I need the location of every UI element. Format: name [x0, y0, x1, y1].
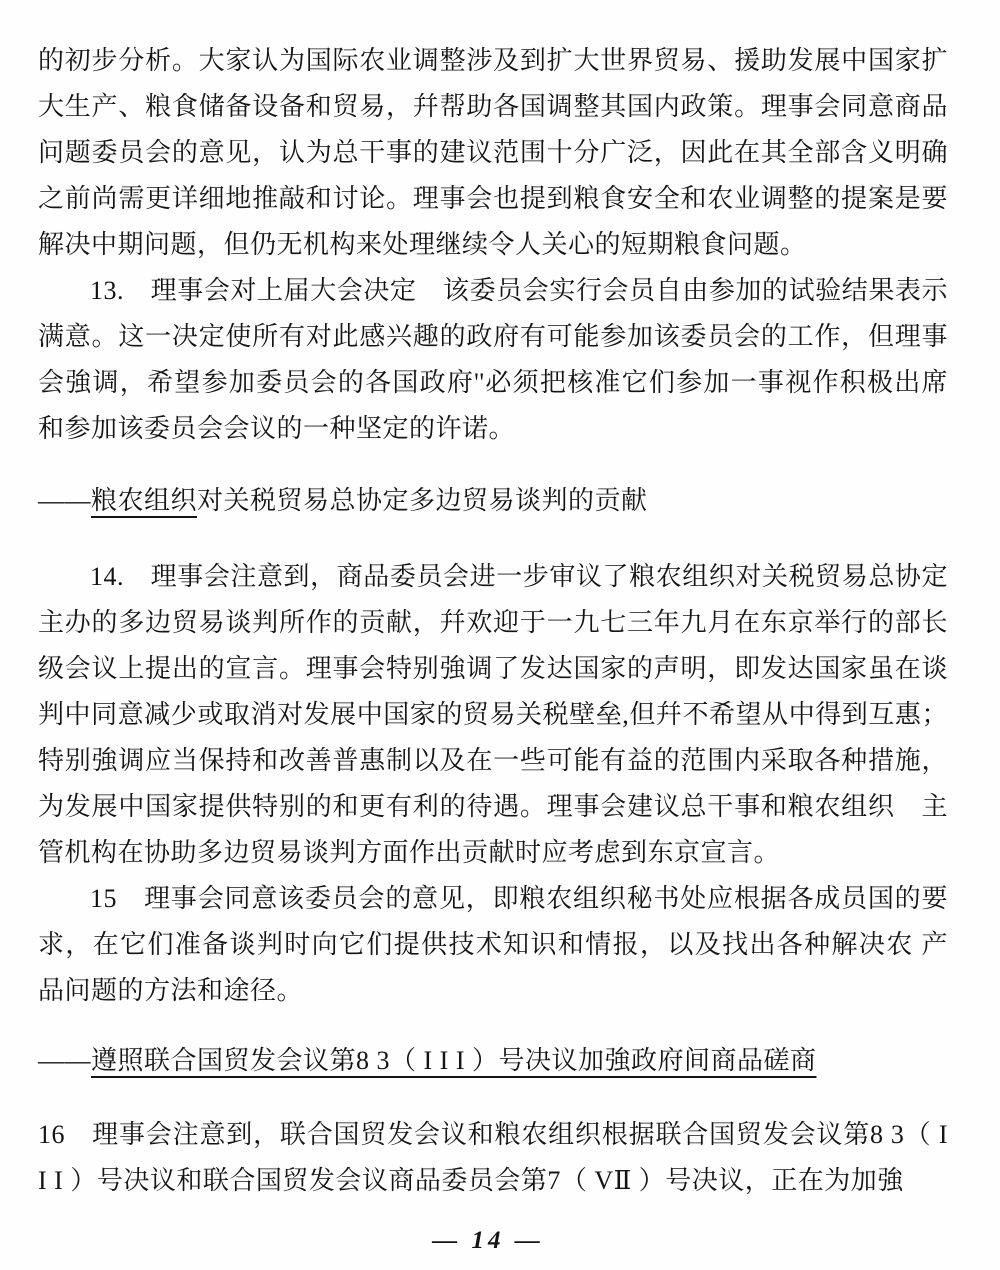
heading-dash-prefix: —— — [38, 1046, 91, 1075]
paragraph-12-continuation: 的初步分析。大家认为国际农业调整涉及到扩大世界贸易、援助发展中国家扩大生产、粮食… — [38, 38, 948, 268]
page-number: — 14 — — [38, 1218, 948, 1264]
heading-underlined-text: 遵照联合国贸发会议第8 3（ I I I ）号决议加強政府间商品磋商 — [91, 1046, 816, 1075]
heading-rest-text: 对关税贸易总协定多边贸易谈判的贡献 — [197, 486, 648, 515]
section-heading-gatt-contribution: ——粮农组织对关税贸易总协定多边贸易谈判的贡献 — [38, 478, 948, 524]
section-heading-unctad-resolution: ——遵照联合国贸发会议第8 3（ I I I ）号决议加強政府间商品磋商 — [38, 1038, 948, 1084]
paragraph-15: 15 理事会同意该委员会的意见，即粮农组织秘书处应根据各成员国的要求，在它们准备… — [38, 876, 948, 1014]
paragraph-16: 16 理事会注意到，联合国贸发会议和粮农组织根据联合国贸发会议第8 3（ I I… — [38, 1112, 948, 1204]
heading-underlined-text: 粮农组织 — [91, 486, 197, 515]
heading-dash-prefix: —— — [38, 486, 91, 515]
document-page: 的初步分析。大家认为国际农业调整涉及到扩大世界贸易、援助发展中国家扩大生产、粮食… — [0, 0, 1000, 1270]
paragraph-13: 13. 理事会对上届大会决定 该委员会实行会员自由参加的试验结果表示满意。这一决… — [38, 268, 948, 452]
paragraph-14: 14. 理事会注意到，商品委员会进一步审议了粮农组织对关税贸易总协定主办的多边贸… — [38, 554, 948, 876]
